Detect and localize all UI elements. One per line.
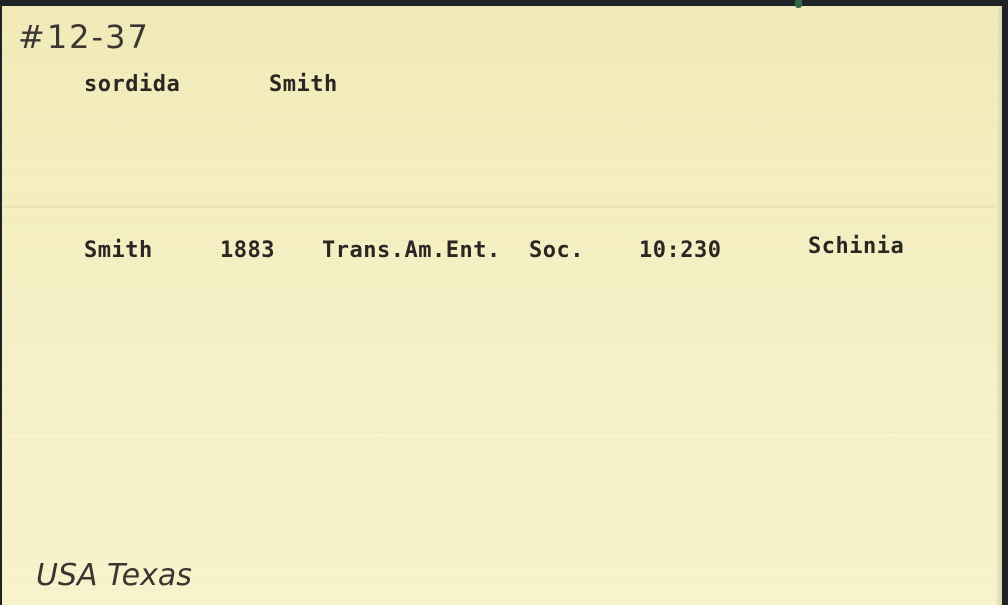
reference-author: Smith: [84, 238, 153, 263]
species-name: sordida: [84, 72, 180, 97]
reference-journal: Trans.Am.Ent.: [322, 238, 501, 263]
reference-journal-part: Soc.: [529, 238, 584, 263]
locality: USA Texas: [36, 558, 192, 593]
species-author: Smith: [269, 72, 338, 97]
reference-volume-page: 10:230: [639, 238, 721, 263]
card-fold-line: [2, 206, 1002, 208]
catalog-number: #12-37: [18, 18, 150, 56]
index-card: #12-37 sordida Smith Smith 1883 Trans.Am…: [2, 6, 1002, 605]
green-tab-mark: [795, 0, 802, 8]
card-edge: [996, 6, 1002, 605]
reference-year: 1883: [220, 238, 275, 263]
genus-name: Schinia: [808, 234, 904, 259]
